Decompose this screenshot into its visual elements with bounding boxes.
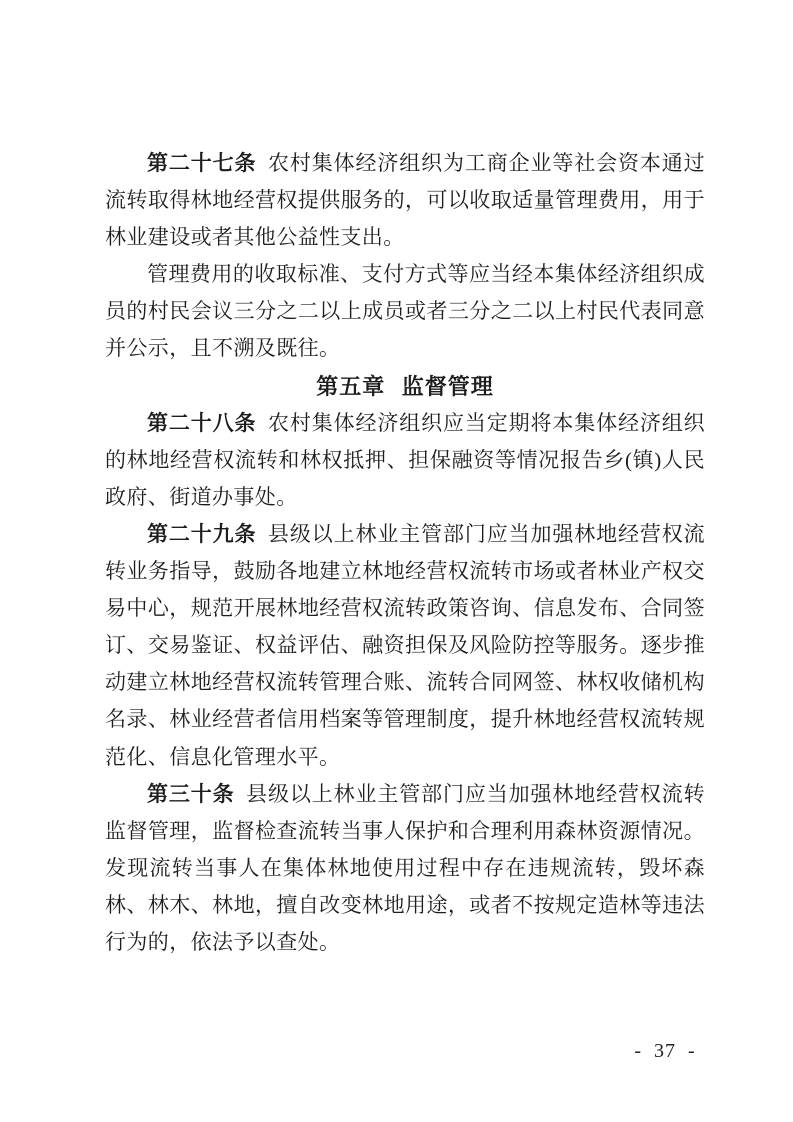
article-number: 第三十条 — [147, 782, 235, 806]
article-text: 县级以上林业主管部门应当加强林地经营权流转业务指导，鼓励各地建立林地经营权流转市… — [105, 522, 705, 769]
article-text: 县级以上林业主管部门应当加强林地经营权流转监督管理，监督检查流转当事人保护和合理… — [105, 782, 705, 954]
body-paragraph: 管理费用的收取标准、支付方式等应当经本集体经济组织成员的村民会议三分之二以上成员… — [105, 256, 705, 367]
article-paragraph: 第三十条县级以上林业主管部门应当加强林地经营权流转监督管理，监督检查流转当事人保… — [105, 776, 705, 961]
article-text: 管理费用的收取标准、支付方式等应当经本集体经济组织成员的村民会议三分之二以上成员… — [105, 262, 705, 360]
article-number: 第二十九条 — [147, 522, 256, 546]
document-body: 第二十七条农村集体经济组织为工商企业等社会资本通过流转取得林地经营权提供服务的，… — [105, 145, 705, 961]
document-page: 第二十七条农村集体经济组织为工商企业等社会资本通过流转取得林地经营权提供服务的，… — [0, 0, 793, 1122]
page-number: - 37 - — [628, 1040, 702, 1063]
article-paragraph: 第二十七条农村集体经济组织为工商企业等社会资本通过流转取得林地经营权提供服务的，… — [105, 145, 705, 256]
article-paragraph: 第二十九条县级以上林业主管部门应当加强林地经营权流转业务指导，鼓励各地建立林地经… — [105, 516, 705, 776]
article-paragraph: 第二十八条农村集体经济组织应当定期将本集体经济组织的林地经营权流转和林权抵押、担… — [105, 405, 705, 516]
article-number: 第二十八条 — [147, 411, 256, 435]
article-number: 第二十七条 — [147, 151, 256, 175]
chapter-heading: 第五章 监督管理 — [105, 368, 705, 405]
